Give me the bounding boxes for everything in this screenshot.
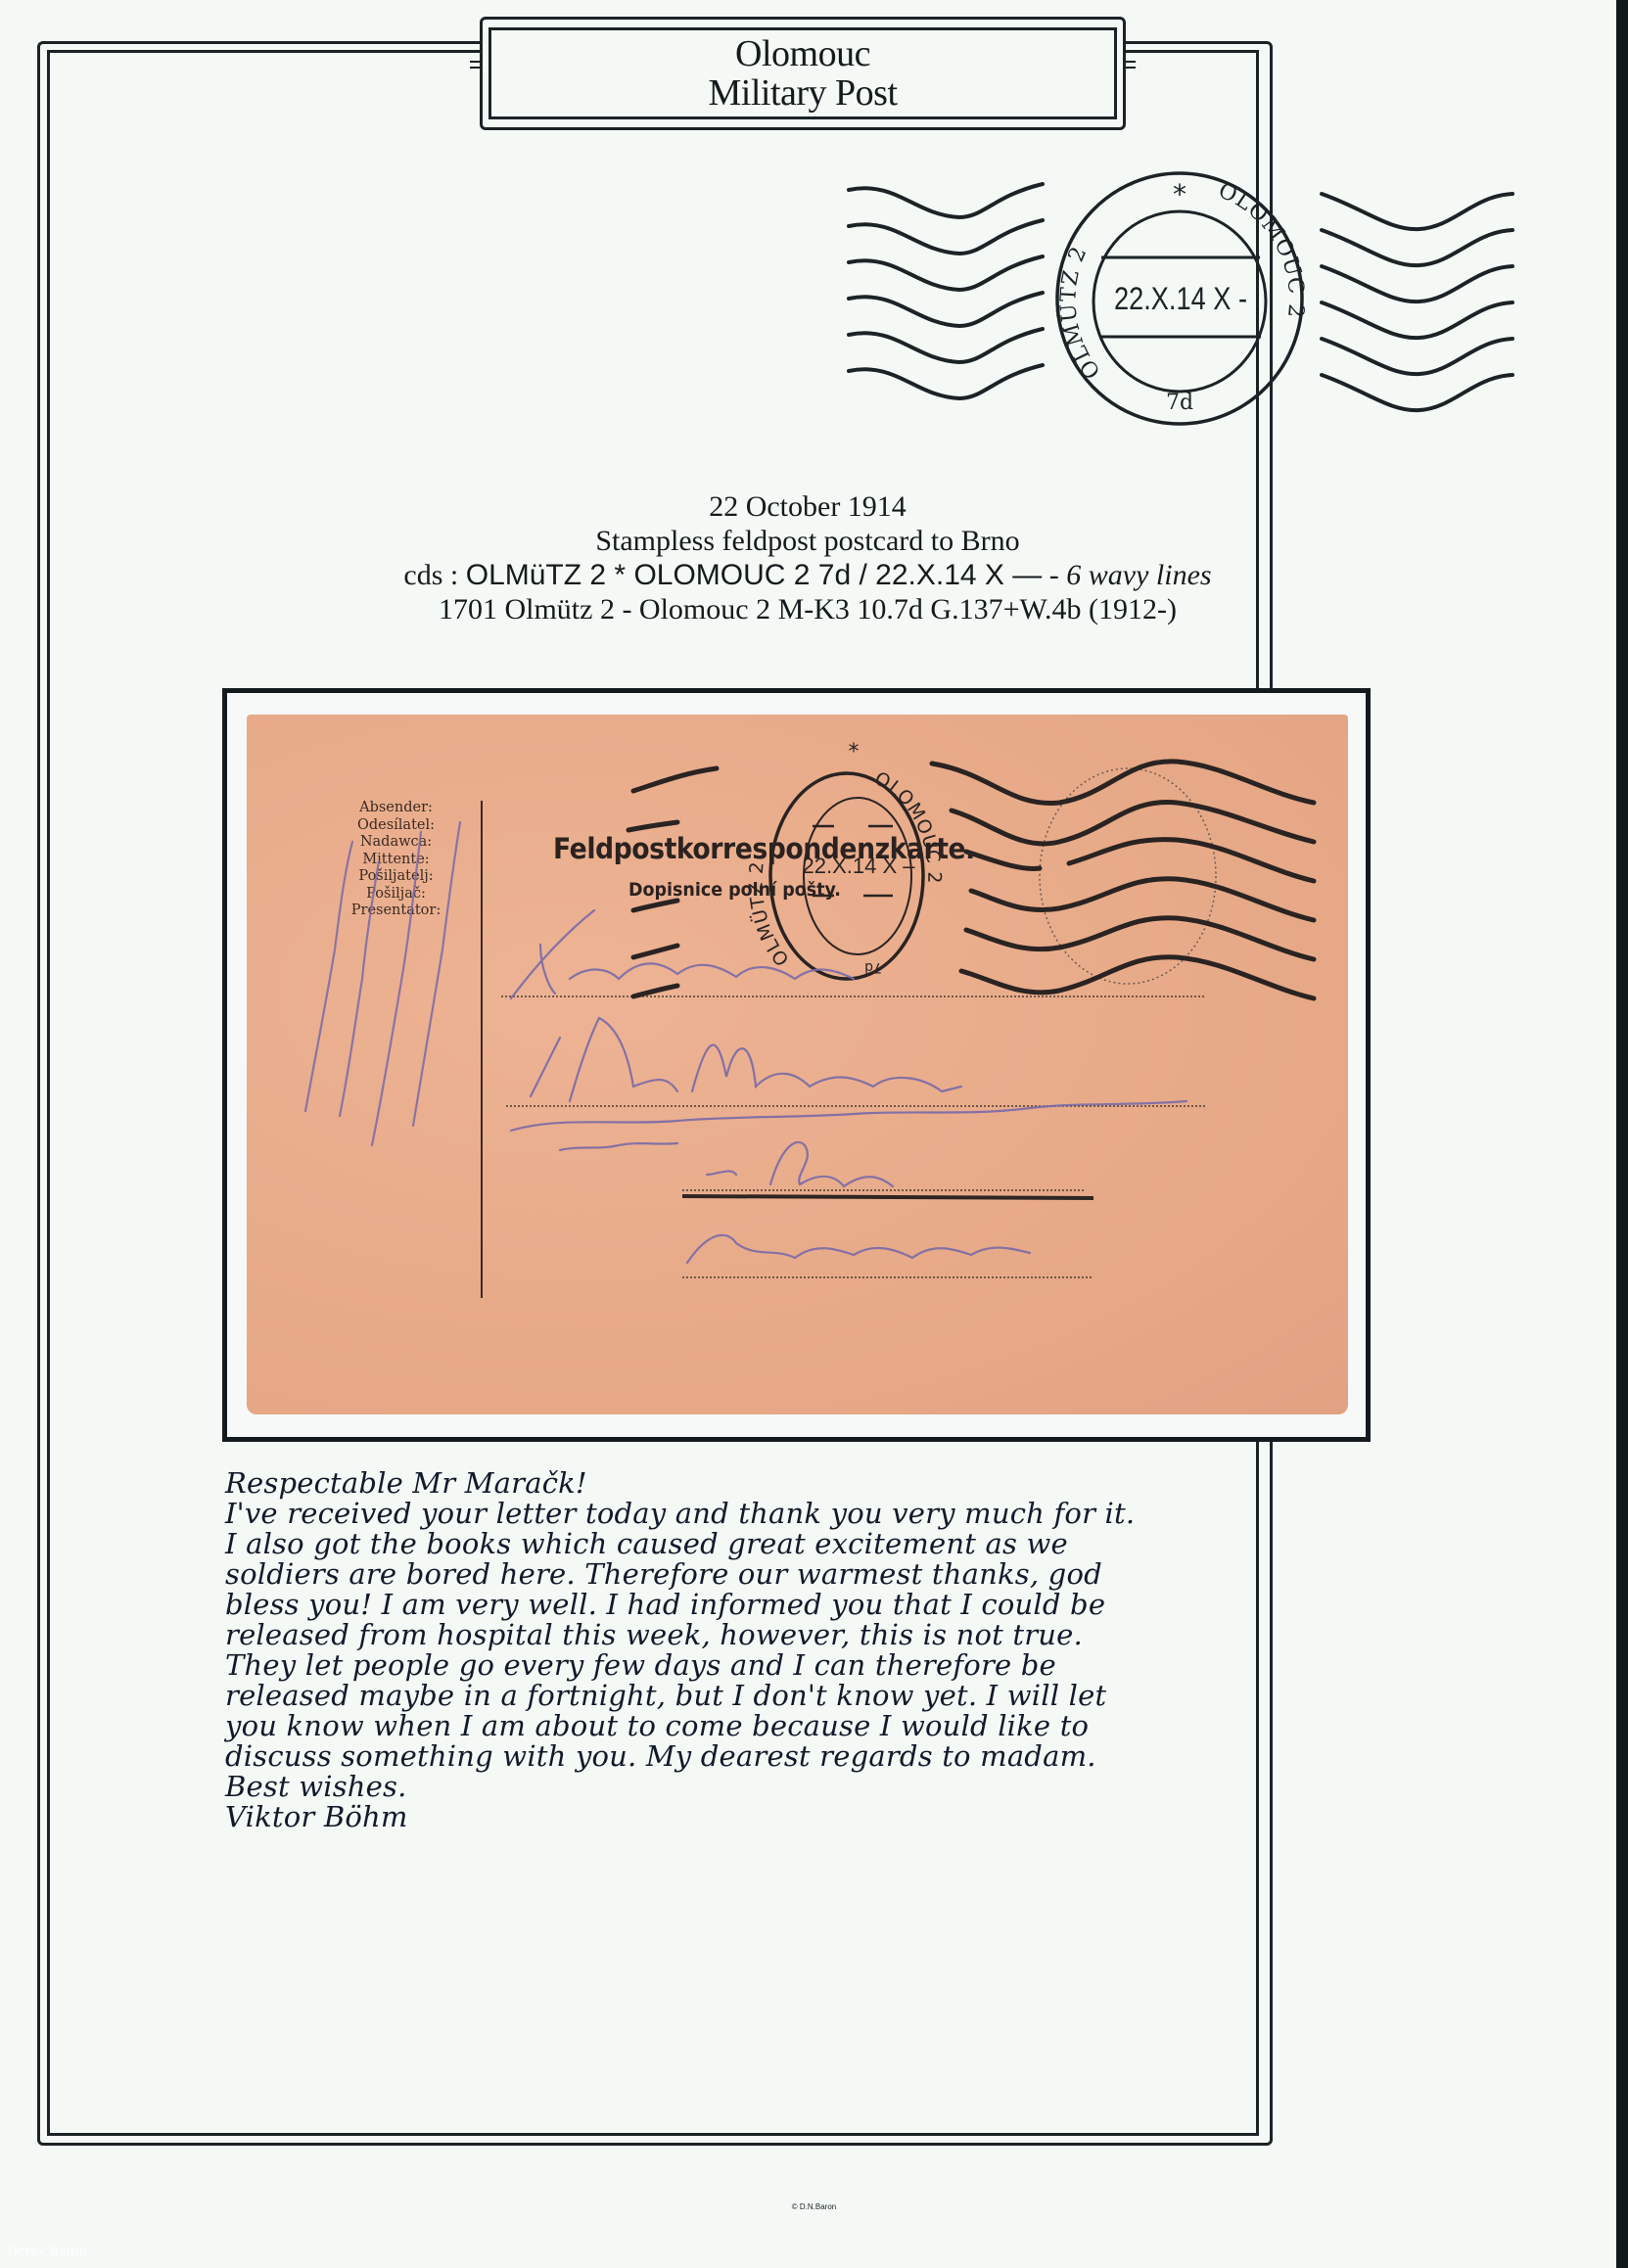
letter-line: Best wishes. — [225, 1772, 1400, 1802]
letter-line: you know when I am about to come because… — [225, 1711, 1400, 1741]
cds-note: - 6 wavy lines — [1049, 559, 1212, 591]
caption-date: 22 October 1914 — [215, 489, 1400, 524]
watermark: Derek Baron — [8, 2245, 87, 2259]
postcard-mount: Absender: Odesílatel: Nadawca: Mittente:… — [222, 688, 1371, 1442]
card-postmark-date: 22.X.14 X – — [803, 854, 916, 878]
letter-line: bless you! I am very well. I had informe… — [225, 1590, 1400, 1620]
letter-translation: Respectable Mr Maračk! I've received you… — [225, 1468, 1400, 1832]
cds-text: OLMüTZ 2 * OLOMOUC 2 7d / 22.X.14 X — — [466, 559, 1043, 591]
handwritten-address-strokes — [511, 910, 1186, 1263]
postmark-office-code: 7d — [1166, 391, 1193, 415]
letter-line: They let people go every few days and I … — [225, 1650, 1400, 1681]
caption-catalogue: 1701 Olmütz 2 - Olomouc 2 M-K3 10.7d G.1… — [215, 592, 1400, 626]
postmark-date: 22.X.14 X - — [1114, 282, 1247, 317]
letter-line: discuss something with you. My dearest r… — [225, 1741, 1400, 1772]
reference-postmark-illustration: OLMÜTZ 2 OLOMOUC 2 * 22.X.14 X - 7d — [837, 166, 1522, 431]
ring-text-left: OLMÜTZ 2 — [1054, 243, 1105, 383]
wavy-lines-left — [849, 184, 1043, 398]
page-title: Olomouc — [735, 34, 870, 73]
card-postmark-code: 7d — [864, 959, 882, 975]
exhibit-caption: 22 October 1914 Stampless feldpost postc… — [215, 489, 1400, 626]
card-markings: * OLOMOUC 2 OLMÜTZ 2 22.X.14 X – 7d — [247, 715, 1348, 1414]
star-icon: * — [849, 740, 860, 764]
town-underline — [682, 1196, 1093, 1198]
letter-line: I've received your letter today and than… — [225, 1499, 1400, 1529]
postcard: Absender: Odesílatel: Nadawca: Mittente:… — [247, 715, 1348, 1414]
address-lines — [501, 996, 1206, 1277]
letter-line: I also got the books which caused great … — [225, 1529, 1400, 1559]
letter-line: released maybe in a fortnight, but I don… — [225, 1681, 1400, 1711]
title-rule-left — [470, 61, 480, 69]
page-subtitle: Military Post — [708, 73, 897, 113]
letter-line: Respectable Mr Maračk! — [225, 1468, 1400, 1499]
cancel-wavy-lines-right — [932, 762, 1314, 998]
copyright-notice: © D.N.Baron — [0, 2202, 1628, 2211]
caption-cds: cds : OLMüTZ 2 * OLOMOUC 2 7d / 22.X.14 … — [215, 558, 1400, 592]
handwritten-sender-strokes — [305, 822, 460, 1145]
wavy-lines-right — [1322, 194, 1512, 410]
caption-description: Stampless feldpost postcard to Brno — [215, 524, 1400, 558]
letter-line: released from hospital this week, howeve… — [225, 1620, 1400, 1650]
cds-prefix: cds : — [403, 559, 458, 591]
title-box: Olomouc Military Post — [480, 17, 1126, 130]
title-rule-right — [1126, 61, 1136, 69]
star-icon: * — [1173, 178, 1186, 210]
scan-edge — [1616, 0, 1628, 2268]
letter-signature: Viktor Böhm — [225, 1802, 1400, 1832]
cancel-wavy-lines-left — [628, 768, 717, 996]
letter-line: soldiers are bored here. Therefore our w… — [225, 1559, 1400, 1590]
